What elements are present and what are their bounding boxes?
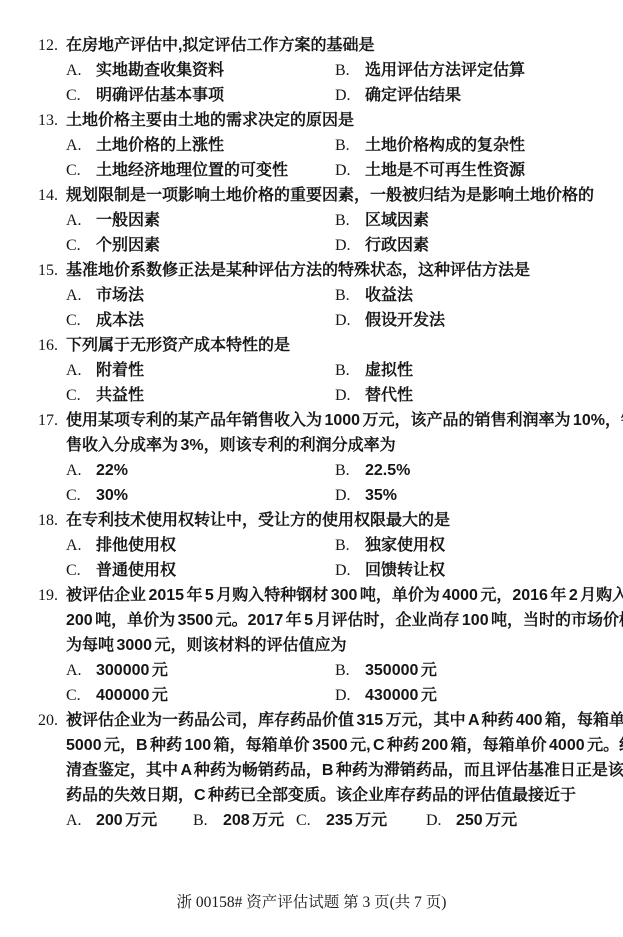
option-label: B. [335,533,365,558]
option-label: B. [193,808,223,833]
options-row: A.一般因素B.区域因素C.个别因素D.行政因素 [66,208,623,258]
option-label: A. [66,533,96,558]
question-stem: 被评估企业 2015 年 5 月购入特种钢材 300 吨，单价为 4000 元，… [66,583,623,658]
option: D.35% [335,483,623,508]
option-label: D. [335,308,365,333]
options-row: A.排他使用权B.独家使用权C.普通使用权D.回馈转让权 [66,533,623,583]
options-row: A.300000 元B.350000 元C.400000 元D.430000 元 [66,658,623,708]
stem-line: 基准地价系数修正法是某种评估方法的特殊状态，这种评估方法是 [66,258,623,283]
option-label: A. [66,808,96,833]
question-number: 12. [38,33,58,58]
option-text: 区域因素 [365,212,429,229]
option-text: 成本法 [96,312,144,329]
option: C.明确评估基本事项 [66,83,335,108]
option-label: C. [66,558,96,583]
option-label: D. [335,83,365,108]
stem-line: 使用某项专利的某产品年销售收入为 1000 万元，该产品的销售利润率为 10%，… [66,408,623,433]
option-label: D. [426,808,456,833]
options-row: A.实地勘查收集资料B.选用评估方法评定估算C.明确评估基本事项D.确定评估结果 [66,58,623,108]
option-text: 确定评估结果 [365,87,461,104]
option-text: 假设开发法 [365,312,445,329]
question-stem: 使用某项专利的某产品年销售收入为 1000 万元，该产品的销售利润率为 10%，… [66,408,623,458]
option-text: 土地经济地理位置的可变性 [96,162,288,179]
question: 17. 使用某项专利的某产品年销售收入为 1000 万元，该产品的销售利润率为 … [38,408,623,508]
question: 20. 被评估企业为一药品公司，库存药品价值 315 万元，其中 A 种药 40… [38,708,623,833]
question: 12. 在房地产评估中,拟定评估工作方案的基础是 A.实地勘查收集资料B.选用评… [38,33,623,108]
option-label: B. [335,458,365,483]
option-text: 土地价格构成的复杂性 [365,137,525,154]
stem-line: 在专利技术使用权转让中，受让方的使用权限最大的是 [66,508,623,533]
option: A.排他使用权 [66,533,335,558]
option: D.行政因素 [335,233,623,258]
option: B.收益法 [335,283,623,308]
stem-line: 药品的失效日期，C 种药已全部变质。该企业库存药品的评估值最接近于 [66,783,623,808]
option: D.250 万元 [426,808,623,833]
option-label: D. [335,233,365,258]
question-stem: 被评估企业为一药品公司，库存药品价值 315 万元，其中 A 种药 400 箱，… [66,708,623,808]
option-label: A. [66,208,96,233]
stem-line: 售收入分成率为 3%，则该专利的利润分成率为 [66,433,623,458]
option-text: 30% [96,487,128,504]
option-text: 300000 元 [96,662,168,679]
option: D.回馈转让权 [335,558,623,583]
option: A.一般因素 [66,208,335,233]
options-row: A.200 万元B.208 万元C.235 万元D.250 万元 [66,808,623,833]
option-label: C. [296,808,326,833]
option-label: D. [335,158,365,183]
option: A.土地价格的上涨性 [66,133,335,158]
option-text: 明确评估基本事项 [96,87,224,104]
option-label: D. [335,683,365,708]
option: C.个别因素 [66,233,335,258]
stem-line: 5000 元，B 种药 100 箱，每箱单价 3500 元, C 种药 200 … [66,733,623,758]
option: A.300000 元 [66,658,335,683]
option-label: A. [66,458,96,483]
option-label: B. [335,58,365,83]
option-text: 市场法 [96,287,144,304]
option-text: 235 万元 [326,812,387,829]
option-text: 200 万元 [96,812,157,829]
option-label: A. [66,58,96,83]
exam-page: 12. 在房地产评估中,拟定评估工作方案的基础是 A.实地勘查收集资料B.选用评… [0,0,623,937]
question: 13. 土地价格主要由土地的需求决定的原因是 A.土地价格的上涨性B.土地价格构… [38,108,623,183]
option-label: B. [335,133,365,158]
stem-line: 被评估企业 2015 年 5 月购入特种钢材 300 吨，单价为 4000 元，… [66,583,623,608]
option: B.22.5% [335,458,623,483]
option-text: 共益性 [96,387,144,404]
option-text: 土地价格的上涨性 [96,137,224,154]
option-text: 个别因素 [96,237,160,254]
option: A.22% [66,458,335,483]
question-stem: 规划限制是一项影响土地价格的重要因素，一般被归结为是影响土地价格的 [66,183,623,208]
stem-line: 在房地产评估中,拟定评估工作方案的基础是 [66,33,623,58]
option-text: 22% [96,462,128,479]
option: D.假设开发法 [335,308,623,333]
option: C.235 万元 [296,808,426,833]
stem-line: 200 吨，单价为 3500 元。2017 年 5 月评估时，企业尚存 100 … [66,608,623,633]
question-number: 13. [38,108,58,133]
option-label: D. [335,483,365,508]
options-row: A.市场法B.收益法C.成本法D.假设开发法 [66,283,623,333]
option-text: 土地是不可再生性资源 [365,162,525,179]
page-footer: 浙 00158# 资产评估试题 第 3 页(共 7 页) [0,893,623,913]
stem-line: 清查鉴定，其中 A 种药为畅销药品，B 种药为滞销药品，而且评估基准日正是该种 [66,758,623,783]
option-text: 附着性 [96,362,144,379]
question-number: 18. [38,508,58,533]
stem-line: 下列属于无形资产成本特性的是 [66,333,623,358]
question-number: 17. [38,408,58,433]
question-list: 12. 在房地产评估中,拟定评估工作方案的基础是 A.实地勘查收集资料B.选用评… [38,33,623,833]
option-text: 35% [365,487,397,504]
option: C.成本法 [66,308,335,333]
question-stem: 土地价格主要由土地的需求决定的原因是 [66,108,623,133]
option: B.土地价格构成的复杂性 [335,133,623,158]
option-text: 208 万元 [223,812,284,829]
option: D.土地是不可再生性资源 [335,158,623,183]
option-label: A. [66,133,96,158]
question: 16. 下列属于无形资产成本特性的是 A.附着性B.虚拟性C.共益性D.替代性 [38,333,623,408]
option-text: 22.5% [365,462,410,479]
stem-line: 规划限制是一项影响土地价格的重要因素，一般被归结为是影响土地价格的 [66,183,623,208]
option-label: A. [66,658,96,683]
option-label: D. [335,383,365,408]
option-label: C. [66,308,96,333]
stem-line: 土地价格主要由土地的需求决定的原因是 [66,108,623,133]
question-number: 15. [38,258,58,283]
option-label: C. [66,233,96,258]
question: 14. 规划限制是一项影响土地价格的重要因素，一般被归结为是影响土地价格的 A.… [38,183,623,258]
option-text: 250 万元 [456,812,517,829]
option: C.400000 元 [66,683,335,708]
option: D.确定评估结果 [335,83,623,108]
question-stem: 下列属于无形资产成本特性的是 [66,333,623,358]
option-label: A. [66,283,96,308]
option-text: 回馈转让权 [365,562,445,579]
option: B.选用评估方法评定估算 [335,58,623,83]
option: B.350000 元 [335,658,623,683]
option: A.附着性 [66,358,335,383]
question-number: 16. [38,333,58,358]
question-stem: 在专利技术使用权转让中，受让方的使用权限最大的是 [66,508,623,533]
option: C.普通使用权 [66,558,335,583]
stem-line: 被评估企业为一药品公司，库存药品价值 315 万元，其中 A 种药 400 箱，… [66,708,623,733]
option: B.208 万元 [193,808,296,833]
option-text: 350000 元 [365,662,437,679]
option: C.30% [66,483,335,508]
option: C.共益性 [66,383,335,408]
option-label: C. [66,483,96,508]
options-row: A.附着性B.虚拟性C.共益性D.替代性 [66,358,623,408]
option-label: A. [66,358,96,383]
option-label: C. [66,683,96,708]
option-text: 实地勘查收集资料 [96,62,224,79]
option-text: 一般因素 [96,212,160,229]
option: A.实地勘查收集资料 [66,58,335,83]
question: 19. 被评估企业 2015 年 5 月购入特种钢材 300 吨，单价为 400… [38,583,623,708]
option-text: 普通使用权 [96,562,176,579]
option-label: B. [335,658,365,683]
option-text: 收益法 [365,287,413,304]
option: C.土地经济地理位置的可变性 [66,158,335,183]
question-number: 14. [38,183,58,208]
question-number: 19. [38,583,58,608]
options-row: A.22%B.22.5%C.30%D.35% [66,458,623,508]
question-number: 20. [38,708,58,733]
option: A.200 万元 [66,808,193,833]
option-label: B. [335,358,365,383]
option-text: 430000 元 [365,687,437,704]
option-label: C. [66,158,96,183]
option: A.市场法 [66,283,335,308]
option: D.替代性 [335,383,623,408]
question-stem: 在房地产评估中,拟定评估工作方案的基础是 [66,33,623,58]
option-label: B. [335,208,365,233]
question: 15. 基准地价系数修正法是某种评估方法的特殊状态，这种评估方法是 A.市场法B… [38,258,623,333]
option-label: C. [66,83,96,108]
question: 18. 在专利技术使用权转让中，受让方的使用权限最大的是 A.排他使用权B.独家… [38,508,623,583]
option: D.430000 元 [335,683,623,708]
options-row: A.土地价格的上涨性B.土地价格构成的复杂性C.土地经济地理位置的可变性D.土地… [66,133,623,183]
option-text: 行政因素 [365,237,429,254]
option: B.区域因素 [335,208,623,233]
option-text: 虚拟性 [365,362,413,379]
option-text: 独家使用权 [365,537,445,554]
option-label: C. [66,383,96,408]
option: B.独家使用权 [335,533,623,558]
option-text: 替代性 [365,387,413,404]
option-label: B. [335,283,365,308]
option-label: D. [335,558,365,583]
question-stem: 基准地价系数修正法是某种评估方法的特殊状态，这种评估方法是 [66,258,623,283]
stem-line: 为每吨 3000 元，则该材料的评估值应为 [66,633,623,658]
option-text: 排他使用权 [96,537,176,554]
option-text: 选用评估方法评定估算 [365,62,525,79]
option-text: 400000 元 [96,687,168,704]
option: B.虚拟性 [335,358,623,383]
